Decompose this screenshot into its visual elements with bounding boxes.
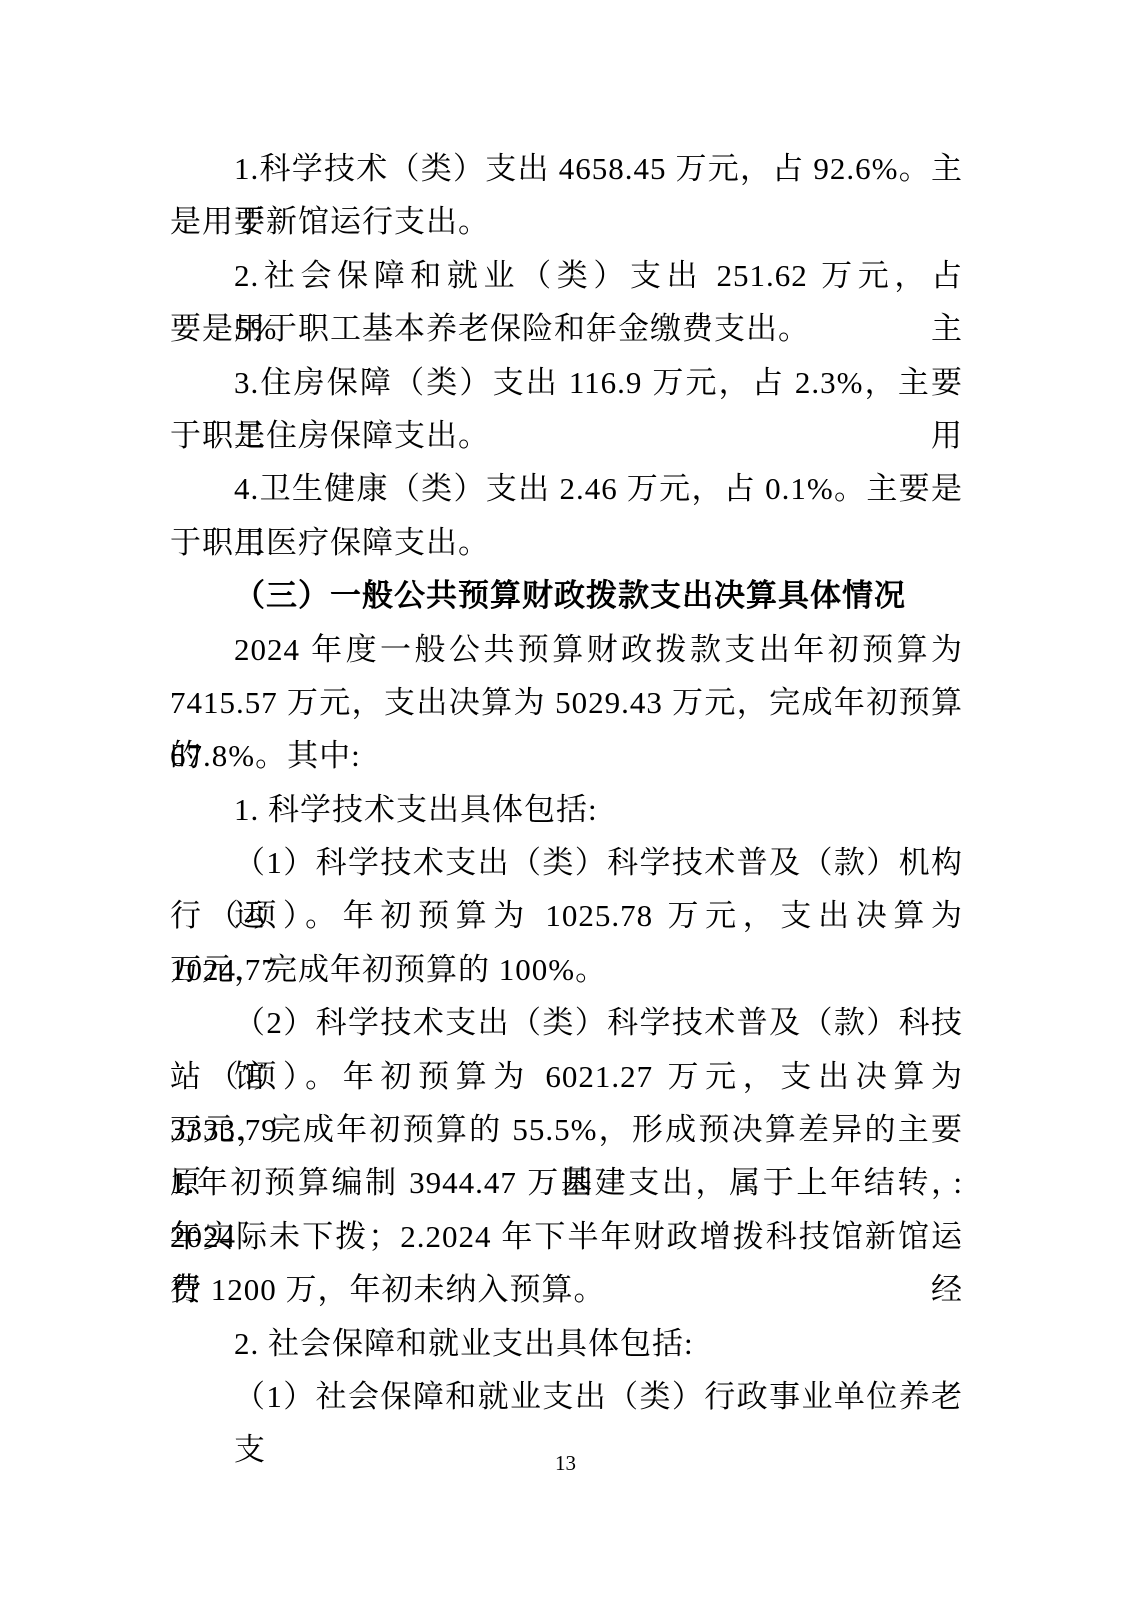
text-line: 万元，完成年初预算的 100%。 [170, 943, 963, 996]
section-heading: （三）一般公共预算财政拨款支出决算具体情况 [170, 569, 963, 622]
text-line: 3.住房保障（类）支出 116.9 万元，占 2.3%，主要是用 [170, 356, 963, 409]
text-line: 站（项）。年初预算为 6021.27 万元，支出决算为 3333.79 [170, 1050, 963, 1103]
text-line: 万元，完成年初预算的 55.5%，形成预决算差异的主要原因: [170, 1103, 963, 1156]
text-line: （1）科学技术支出（类）科学技术普及（款）机构运 [170, 836, 963, 889]
text-line: 年实际未下拨；2.2024 年下半年财政增拨科技馆新馆运行经 [170, 1210, 963, 1263]
text-line: 7415.57 万元，支出决算为 5029.43 万元，完成年初预算的 [170, 676, 963, 729]
text-line: 于职工医疗保障支出。 [170, 516, 963, 569]
text-line: （1）社会保障和就业支出（类）行政事业单位养老支 [170, 1370, 963, 1423]
document-body: 1.科学技术（类）支出 4658.45 万元，占 92.6%。主要 是用于新馆运… [170, 142, 963, 1423]
text-line: 行（项）。年初预算为 1025.78 万元，支出决算为 1024.77 [170, 889, 963, 942]
text-line: 2. 社会保障和就业支出具体包括: [170, 1317, 963, 1370]
document-page: 1.科学技术（类）支出 4658.45 万元，占 92.6%。主要 是用于新馆运… [0, 0, 1131, 1600]
text-line: 是用于新馆运行支出。 [170, 195, 963, 248]
text-line: 1.年初预算编制 3944.47 万基建支出，属于上年结转，2024 [170, 1156, 963, 1209]
text-line: 1.科学技术（类）支出 4658.45 万元，占 92.6%。主要 [170, 142, 963, 195]
text-line: 2.社会保障和就业（类）支出 251.62 万元，占 5%。主 [170, 249, 963, 302]
text-line: 67.8%。其中: [170, 729, 963, 782]
text-line: 1. 科学技术支出具体包括: [170, 783, 963, 836]
text-line: （2）科学技术支出（类）科学技术普及（款）科技馆 [170, 996, 963, 1049]
text-line: 2024 年度一般公共预算财政拨款支出年初预算为 [170, 623, 963, 676]
text-line: 4.卫生健康（类）支出 2.46 万元，占 0.1%。主要是用 [170, 462, 963, 515]
page-number: 13 [0, 1448, 1131, 1478]
